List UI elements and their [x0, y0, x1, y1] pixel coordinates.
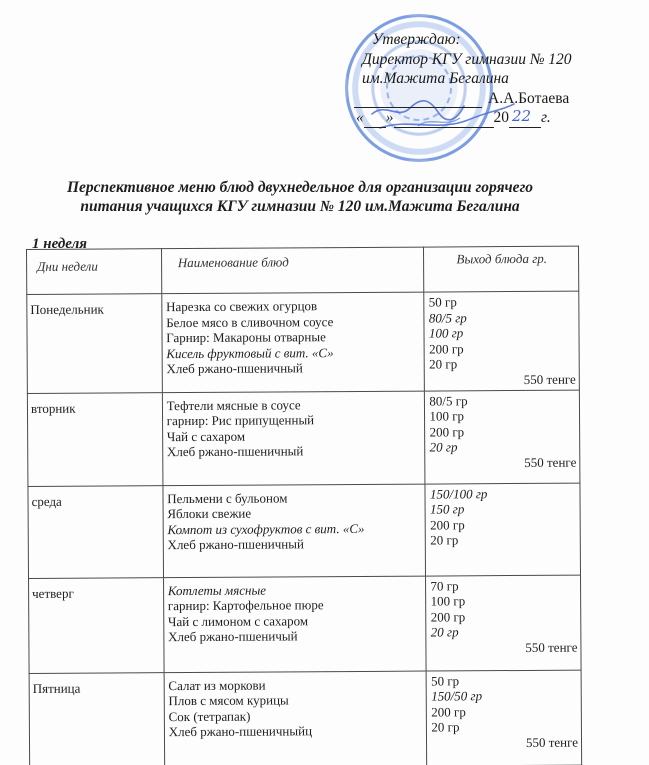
output-item: 100 гр: [429, 408, 576, 424]
director-name: А.А.Ботаева: [488, 89, 569, 109]
output-cell: 80/5 гр 100 гр 200 гр 20 гр 550 тенге: [425, 390, 580, 484]
header-dish: Наименование блюд: [161, 247, 424, 294]
dish-item: Хлеб ржано-пшеничныйц: [169, 723, 427, 740]
dish-cell: Пельмени с бульоном Яблоки свежие Компот…: [163, 484, 426, 578]
menu-table: Дни недели Наименование блюд Выход блюда…: [26, 246, 582, 765]
dish-item: Гарнир: Макароны отварные: [166, 329, 424, 346]
output-item: 100 гр: [429, 325, 576, 341]
day-blank: [364, 113, 386, 128]
dish-item: Сок (тетрапак): [169, 707, 427, 724]
approval-signature-line: А.А.Ботаева: [362, 89, 592, 109]
day-cell: вторник: [27, 392, 162, 486]
month-blank: [394, 113, 494, 128]
price: 550 тенге: [431, 734, 578, 750]
approval-date-line: «»2022г.: [356, 108, 592, 128]
dish-cell: Нарезка со свежих огурцов Белое мясо в с…: [161, 292, 424, 392]
document-title: Перспективное меню блюд двухнедельное дл…: [20, 178, 580, 216]
output-item: 20 гр: [429, 356, 576, 372]
day-name: четверг: [32, 585, 74, 600]
dish-cell: Котлеты мясные гарнир: Картофельное пюре…: [163, 576, 426, 673]
dish-item: гарнир: Картофельное пюре: [168, 597, 426, 614]
output-item: 150/100 гр: [430, 485, 577, 501]
dish-item: Хлеб ржано-пшеничный: [167, 536, 425, 553]
signature-blank: [354, 93, 482, 108]
year-suffix: г.: [541, 109, 551, 126]
output-item: 20 гр: [431, 719, 578, 735]
output-item: 150 гр: [430, 501, 577, 517]
day-name: Пятница: [33, 680, 81, 695]
output-item: 150/50 гр: [431, 688, 578, 704]
dish-item: Плов с мясом курицы: [168, 692, 426, 709]
dish-item: Кисель фруктовый с вит. «С»: [166, 344, 424, 361]
output-item: 50 гр: [429, 294, 576, 310]
dish-item: Хлеб ржано-пшеничный: [167, 443, 425, 460]
output-item: 200 гр: [429, 340, 576, 356]
approval-position-line1: Директор КГУ гимназии № 120: [362, 50, 592, 70]
approval-block: Утверждаю: Директор КГУ гимназии № 120 и…: [362, 30, 592, 128]
dish-item: Нарезка со свежих огурцов: [166, 298, 424, 315]
output-item: 200 гр: [429, 423, 576, 439]
date-open-quote: «: [356, 109, 364, 126]
table-row: четверг Котлеты мясные гарнир: Картофель…: [29, 575, 582, 673]
header-output: Выход блюда гр.: [424, 246, 579, 292]
dish-item: Пельмени с бульоном: [167, 489, 425, 506]
output-item: 200 гр: [431, 703, 578, 719]
title-line-1: Перспективное меню блюд двухнедельное дл…: [20, 178, 580, 197]
output-item: 20 гр: [430, 532, 577, 548]
dish-item: Котлеты мясные: [168, 581, 426, 598]
output-cell: 150/100 гр 150 гр 200 гр 20 гр: [425, 483, 580, 576]
year-blank: 22: [509, 113, 541, 128]
output-item: 80/5 гр: [429, 309, 576, 325]
output-item: 200 гр: [431, 608, 578, 624]
day-cell: Пятница: [29, 672, 164, 765]
header-day: Дни недели: [27, 249, 162, 295]
dish-item: Чай с лимоном с сахаром: [168, 612, 426, 629]
year-handwritten: 22: [512, 107, 531, 127]
price: [430, 547, 577, 563]
output-item: 20 гр: [430, 439, 577, 455]
table-row: Понедельник Нарезка со свежих огурцов Бе…: [27, 291, 580, 393]
table-row: Пятница Салат из моркови Плов с мясом ку…: [29, 670, 582, 765]
dish-item: Яблоки свежие: [167, 505, 425, 522]
day-cell: среда: [28, 485, 163, 578]
dish-item: Салат из моркови: [168, 676, 426, 693]
dish-item: Тефтели мясные в соусе: [167, 396, 425, 413]
dish-cell: Салат из моркови Плов с мясом курицы Сок…: [164, 671, 427, 765]
dish-item: гарнир: Рис припущенный: [167, 412, 425, 429]
day-cell: Понедельник: [27, 294, 162, 393]
approval-heading: Утверждаю:: [362, 30, 592, 50]
dish-item: Хлеб ржано-пшеничный: [166, 360, 424, 377]
output-item: 50 гр: [431, 672, 578, 688]
day-cell: четверг: [29, 577, 164, 673]
date-close-quote: »: [386, 109, 394, 126]
price: 550 тенге: [430, 454, 577, 470]
dish-item: Хлеб ржано-пшеничый: [168, 628, 426, 645]
output-cell: 50 гр 80/5 гр 100 гр 200 гр 20 гр 550 те…: [424, 291, 579, 390]
table-row: вторник Тефтели мясные в соусе гарнир: Р…: [27, 390, 580, 486]
table-row: среда Пельмени с бульоном Яблоки свежие …: [28, 483, 581, 578]
dish-item: Компот из сухофруктов с вит. «С»: [167, 520, 425, 537]
day-name: среда: [31, 493, 61, 508]
output-item: 20 гр: [431, 624, 578, 640]
output-item: 80/5 гр: [429, 392, 576, 408]
document-page: Утверждаю: Директор КГУ гимназии № 120 и…: [0, 0, 649, 765]
output-item: 70 гр: [430, 577, 577, 593]
table-header-row: Дни недели Наименование блюд Выход блюда…: [27, 246, 579, 294]
output-cell: 70 гр 100 гр 200 гр 20 гр 550 тенге: [426, 575, 581, 671]
output-item: 200 гр: [430, 516, 577, 532]
price: 550 тенге: [431, 639, 578, 655]
dish-item: Белое мясо в сливочном соусе: [166, 313, 424, 330]
dish-cell: Тефтели мясные в соусе гарнир: Рис припу…: [162, 391, 425, 486]
day-name: Понедельник: [30, 302, 104, 317]
dish-item: Чай с сахаром: [167, 427, 425, 444]
year-prefix: 20: [494, 109, 510, 126]
price: 550 тенге: [429, 371, 576, 387]
output-cell: 50 гр 150/50 гр 200 гр 20 гр 550 тенге: [427, 670, 582, 765]
output-item: 100 гр: [431, 593, 578, 609]
approval-position-line2: им.Мажита Бегалина: [362, 69, 592, 89]
day-name: вторник: [31, 400, 76, 415]
title-line-2: питания учащихся КГУ гимназии № 120 им.М…: [20, 197, 580, 216]
